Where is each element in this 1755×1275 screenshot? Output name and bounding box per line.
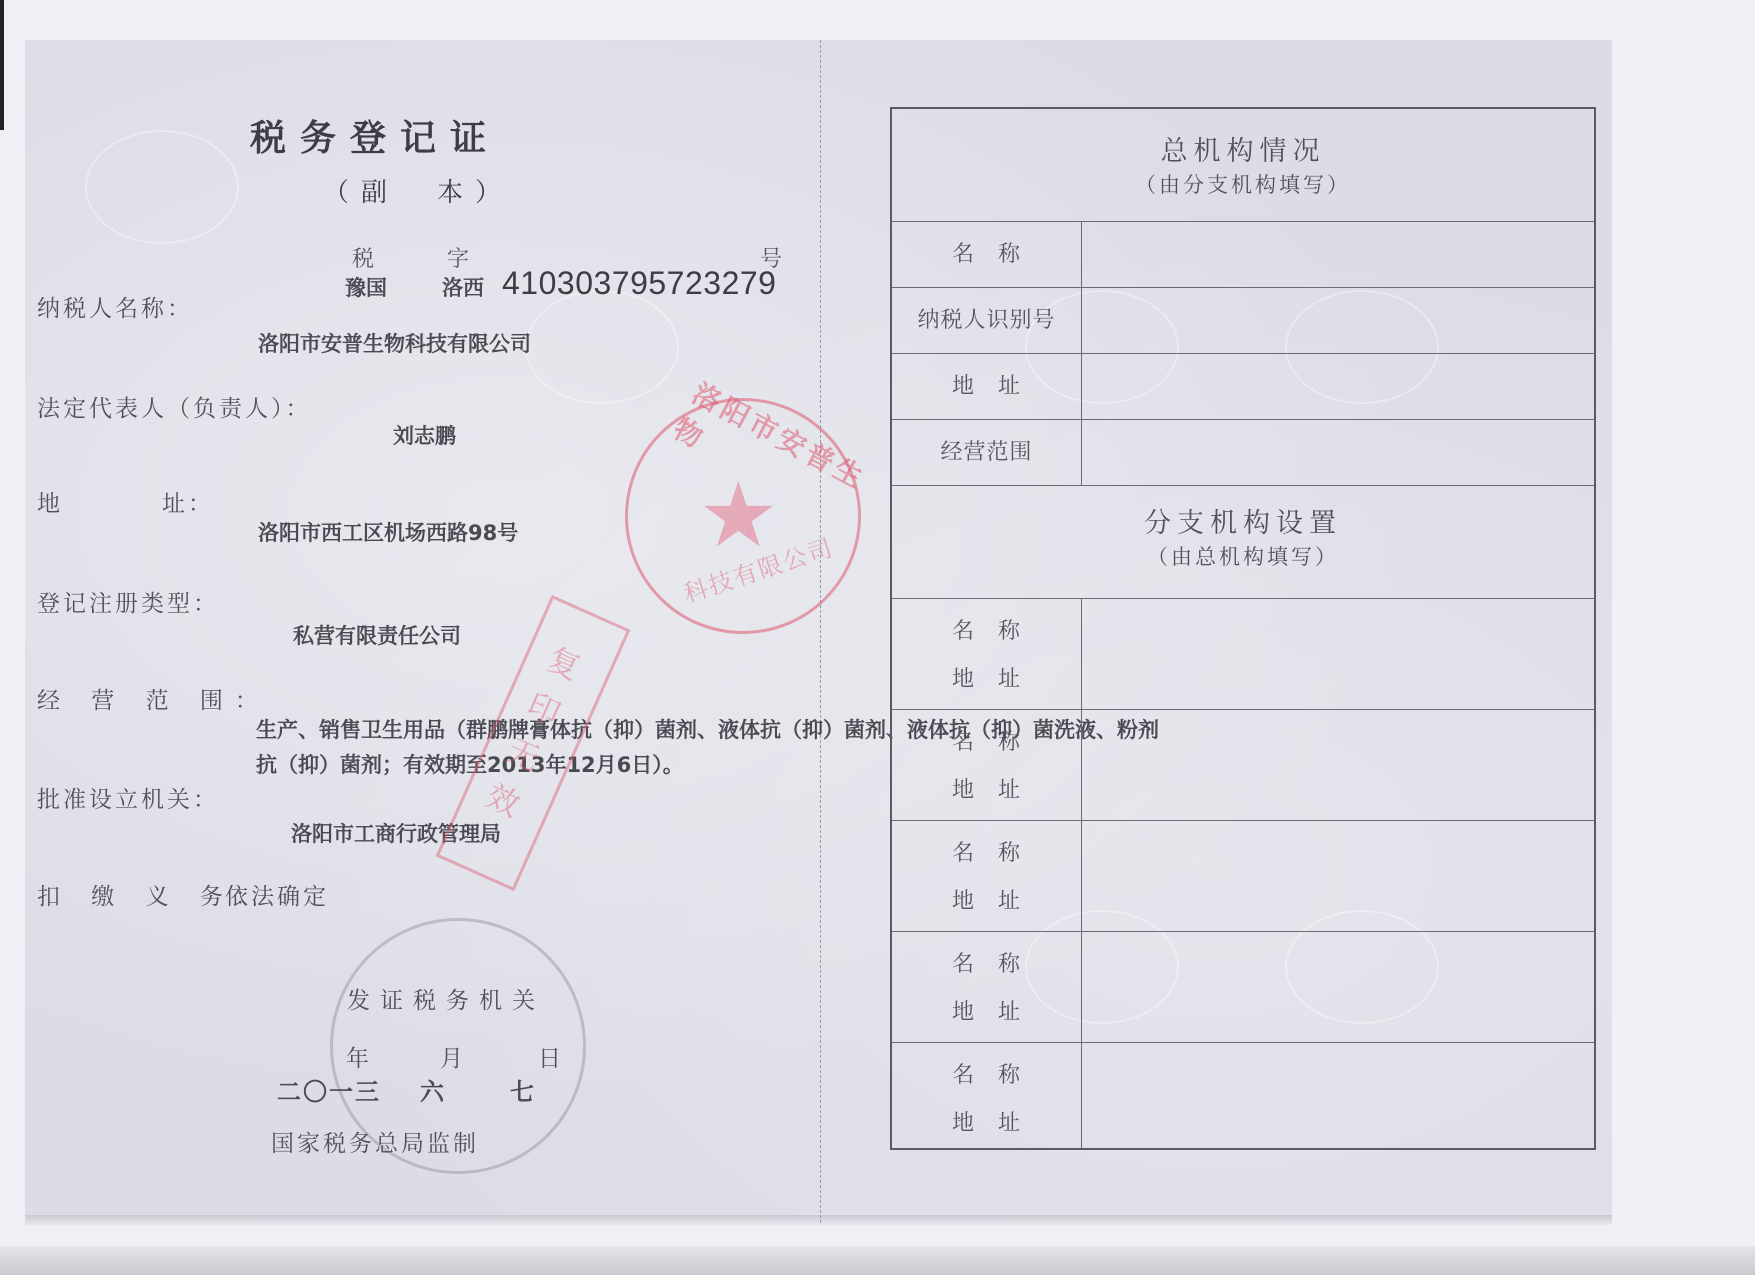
registration-type-value: 私营有限责任公司 [293,620,461,650]
row-divider [892,287,1594,288]
row-divider [892,820,1594,821]
tax-no-prefix-district: 洛西 [442,272,484,302]
branch-3-address-label: 地 址 [892,884,1081,915]
column-divider [1081,598,1082,1148]
withholding-value: 依法确定 [225,878,329,911]
date-month-label: 月 [440,1040,466,1073]
organization-table: 总机构情况 （由分支机构填写） 名 称 纳税人识别号 地 址 经营范围 分支机构… [890,107,1596,1150]
branch-4-name-label: 名 称 [892,947,1081,978]
watermark-emblem [85,130,239,244]
branch-2-address-label: 地 址 [892,773,1081,804]
scanner-bed [0,1246,1755,1275]
supervision-footer: 国家税务总局监制 [271,1125,479,1158]
date-year-value: 二〇一三 [277,1072,381,1107]
document-subtitle: （副 本） [323,172,513,209]
date-day-value: 七 [510,1072,534,1107]
fold-line [820,40,821,1223]
taxpayer-name-value: 洛阳市安普生物科技有限公司 [258,328,531,358]
headquarters-title: 总机构情况 [892,129,1594,168]
row-divider [892,419,1594,420]
row-divider [892,353,1594,354]
tax-registration-number: 410303795723279 [502,265,776,302]
tax-no-header-1: 税 [352,242,374,273]
date-day-label: 日 [538,1040,564,1073]
row-divider [892,1042,1594,1043]
tax-no-header-2: 字 [447,242,469,273]
hq-business-scope-label: 经营范围 [892,435,1081,466]
address-label-left: 地 [37,485,63,518]
registration-type-label: 登记注册类型： [37,585,219,618]
taxpayer-name-label: 纳税人名称： [37,290,193,323]
branches-subtitle: （由总机构填写） [892,541,1594,571]
column-divider [1081,221,1082,485]
date-month-value: 六 [420,1072,444,1107]
row-divider [892,485,1594,486]
business-scope-label: 经 营 范 围： [37,682,270,715]
address-value: 洛阳市西工区机场西路98号 [258,517,518,547]
hq-taxpayer-id-label: 纳税人识别号 [892,303,1081,334]
branch-1-address-label: 地 址 [892,662,1081,693]
paper-shadow [25,1215,1612,1225]
tax-no-prefix-province: 豫国 [345,272,387,302]
document-title: 税务登记证 [250,110,500,161]
branch-5-name-label: 名 称 [892,1058,1081,1089]
legal-rep-label: 法定代表人（负责人）： [37,390,312,423]
branch-1-name-label: 名 称 [892,614,1081,645]
hq-name-label: 名 称 [892,237,1081,268]
hq-address-label: 地 址 [892,369,1081,400]
headquarters-subtitle: （由分支机构填写） [892,169,1594,199]
date-year-label: 年 [346,1040,372,1073]
row-divider [892,221,1594,222]
row-divider [892,709,1594,710]
issuing-authority-label: 发证税务机关 [347,982,545,1015]
branch-4-address-label: 地 址 [892,995,1081,1026]
watermark-emblem [525,290,679,404]
row-divider [892,931,1594,932]
branch-5-address-label: 地 址 [892,1106,1081,1137]
branch-3-name-label: 名 称 [892,836,1081,867]
row-divider [892,598,1594,599]
approving-authority-label: 批准设立机关： [37,781,219,814]
branch-2-name-label: 名 称 [892,725,1081,756]
legal-rep-value: 刘志鹏 [393,420,456,450]
address-label-right: 址： [162,485,214,518]
branches-title: 分支机构设置 [892,501,1594,540]
company-round-seal: ★ 洛阳市安普生物 科技有限公司 [625,398,861,634]
scan-edge [0,0,4,130]
